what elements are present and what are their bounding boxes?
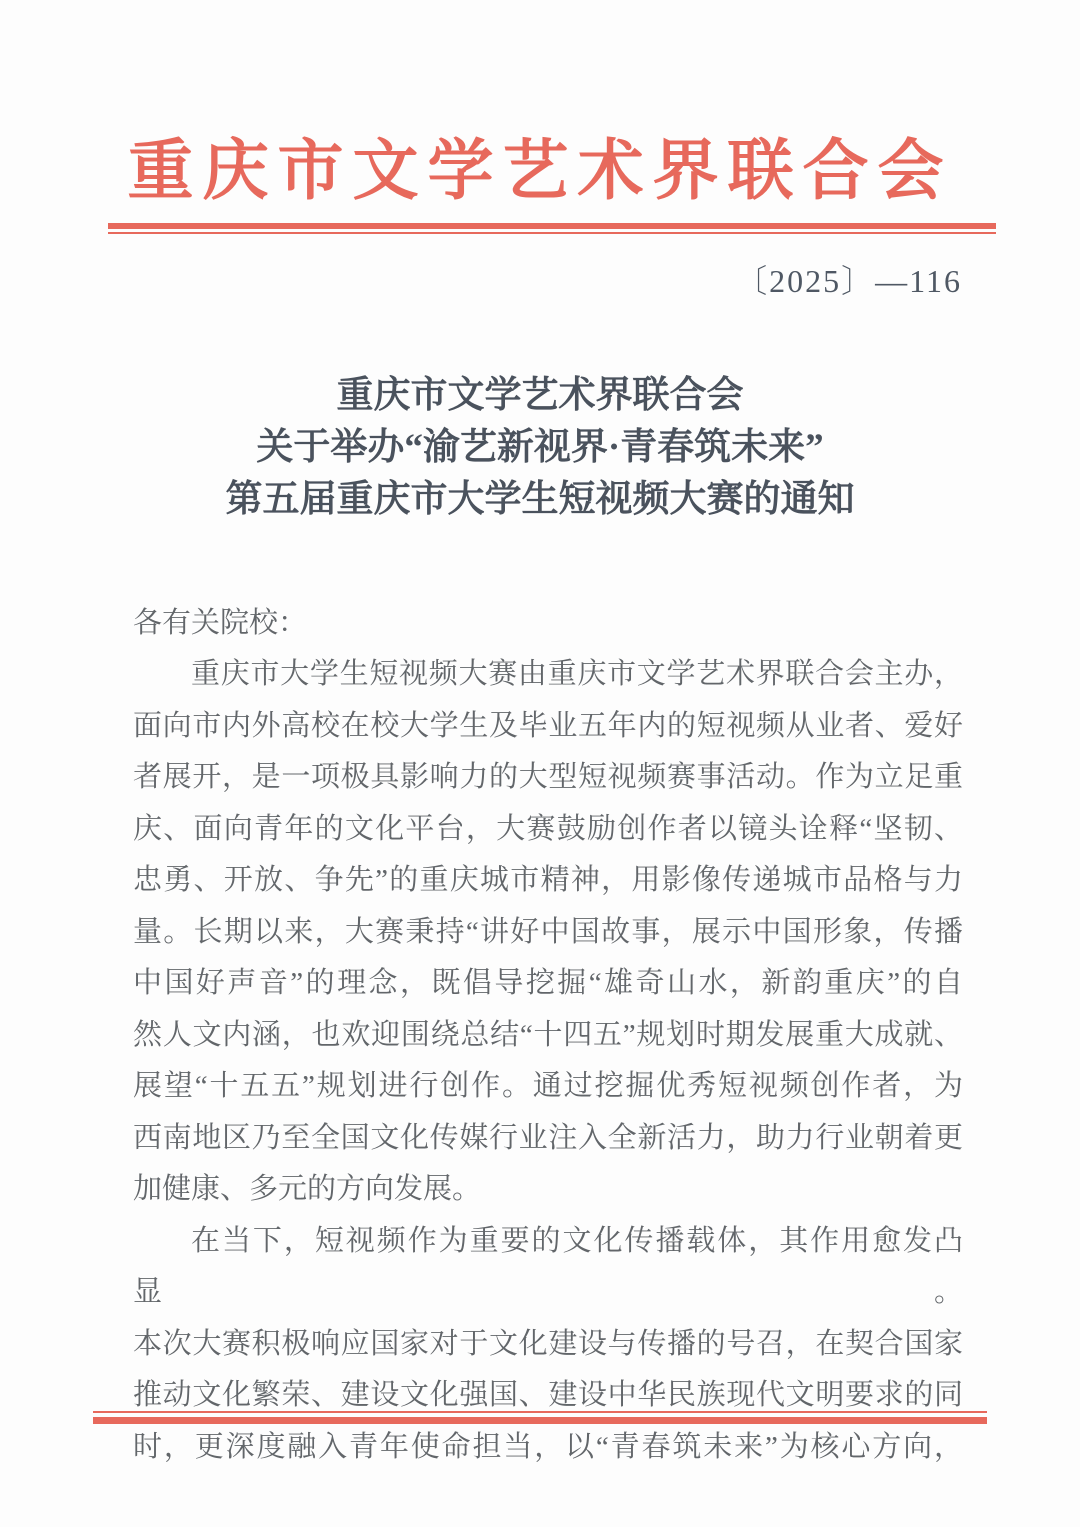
red-rule-top-thick <box>108 223 996 229</box>
letterhead-title: 重庆市文学艺术界联合会 <box>0 136 1080 209</box>
red-rule-top-thin <box>108 232 996 234</box>
body-line: 加健康、多元的方向发展。 <box>133 1164 963 1216</box>
body-line: 展望“十五五”规划进行创作。通过挖掘优秀短视频创作者，为 <box>133 1061 963 1113</box>
red-rule-top <box>108 223 996 234</box>
doc-number: 〔2025〕—116 <box>0 256 1080 302</box>
body-line: 时，更深度融入青年使命担当，以“青春筑未来”为核心方向， <box>133 1422 963 1474</box>
body-line: 忠勇、开放、争先”的重庆城市精神，用影像传递城市品格与力 <box>133 855 963 907</box>
body-line: 中国好声音”的理念，既倡导挖掘“雄奇山水，新韵重庆”的自 <box>133 958 963 1010</box>
body-line: 然人文内涵，也欢迎围绕总结“十四五”规划时期发展重大成就、 <box>133 1010 963 1062</box>
body-line: 面向市内外高校在校大学生及毕业五年内的短视频从业者、爱好 <box>133 701 963 753</box>
body-line: 西南地区乃至全国文化传媒行业注入全新活力，助力行业朝着更 <box>133 1113 963 1165</box>
doc-title: 重庆市文学艺术界联合会 关于举办“渝艺新视界·青春筑未来” 第五届重庆市大学生短… <box>0 370 1080 526</box>
document-page: 重庆市文学艺术界联合会 〔2025〕—116 重庆市文学艺术界联合会 关于举办“… <box>0 0 1080 1527</box>
red-rule-bottom-thin <box>93 1411 987 1413</box>
body-paragraph-lines: 重庆市大学生短视频大赛由重庆市文学艺术界联合会主办，面向市内外高校在校大学生及毕… <box>133 649 963 1473</box>
salutation: 各有关院校： <box>133 598 963 650</box>
body-line: 在当下，短视频作为重要的文化传播载体，其作用愈发凸显。 <box>133 1216 963 1319</box>
body-line: 者展开，是一项极具影响力的大型短视频赛事活动。作为立足重 <box>133 752 963 804</box>
body-line: 庆、面向青年的文化平台，大赛鼓励创作者以镜头诠释“坚韧、 <box>133 804 963 856</box>
doc-title-line: 第五届重庆市大学生短视频大赛的通知 <box>0 474 1080 526</box>
red-rule-bottom-thick <box>93 1417 987 1424</box>
doc-title-line: 重庆市文学艺术界联合会 <box>0 370 1080 422</box>
doc-body: 各有关院校： 重庆市大学生短视频大赛由重庆市文学艺术界联合会主办，面向市内外高校… <box>133 598 963 1474</box>
body-line: 本次大赛积极响应国家对于文化建设与传播的号召，在契合国家 <box>133 1319 963 1371</box>
red-rule-bottom <box>93 1411 987 1424</box>
body-line: 量。长期以来，大赛秉持“讲好中国故事，展示中国形象，传播 <box>133 907 963 959</box>
body-line: 重庆市大学生短视频大赛由重庆市文学艺术界联合会主办， <box>133 649 963 701</box>
doc-title-line: 关于举办“渝艺新视界·青春筑未来” <box>0 422 1080 474</box>
